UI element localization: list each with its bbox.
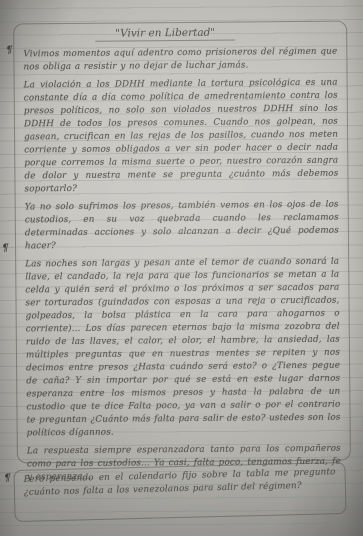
hand-drawn-frame-footer: Pero pensando en el calendario fijo sobr…	[13, 462, 346, 522]
margin-mark: ¶	[2, 244, 8, 254]
photo-of-handwritten-page: ¶ ¶ ¶ "Vivir en Libertad" Vivimos moment…	[0, 0, 363, 536]
handwritten-paragraph-ddhh: La violación a los DDHH mediante la tort…	[24, 77, 339, 197]
margin-mark: ¶	[4, 474, 10, 484]
margin-mark: ¶	[6, 46, 12, 56]
page-title: "Vivir en Libertad"	[95, 26, 235, 42]
hand-drawn-frame-main: "Vivir en Libertad" Vivimos momentos aqu…	[13, 21, 351, 464]
handwritten-paragraph-intro: Vivimos momentos aquí adentro como prisi…	[23, 46, 337, 75]
handwritten-paragraph-final: Pero pensando en el calendario fijo sobr…	[24, 466, 337, 500]
handwritten-paragraph-custodios: Ya no solo sufrimos los presos, también …	[25, 199, 339, 254]
handwritten-paragraph-noches: Las noches son largas y pesan ante el te…	[25, 256, 341, 441]
